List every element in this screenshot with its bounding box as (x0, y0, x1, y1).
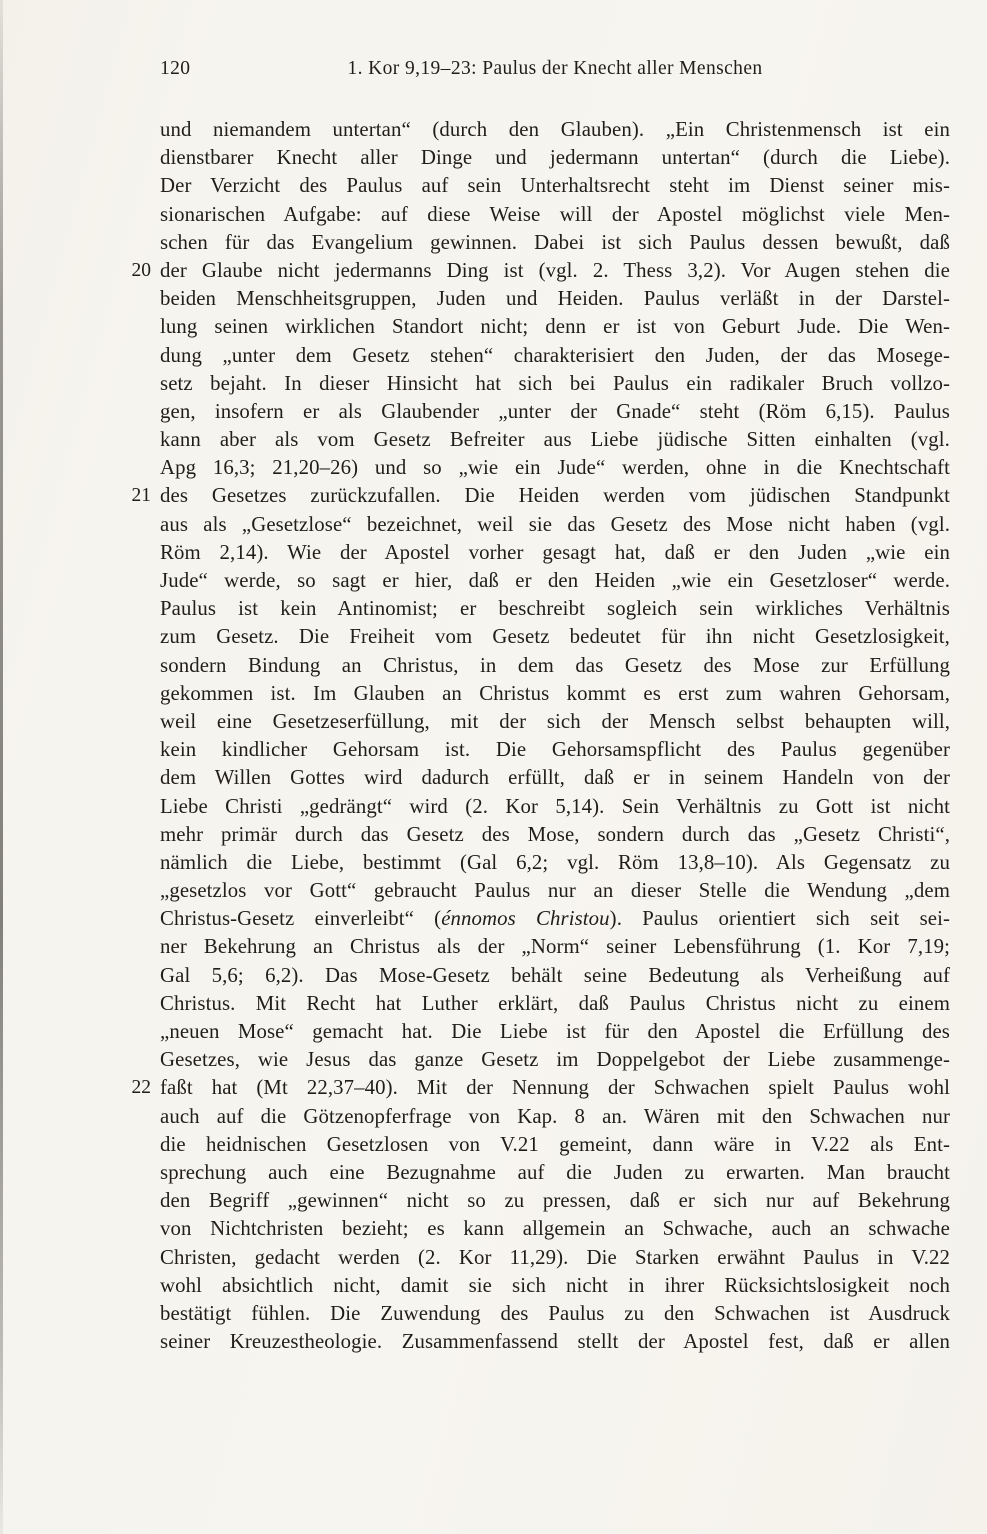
text-line: bestätigt fühlen. Die Zuwendung des Paul… (160, 1300, 950, 1328)
text-line: wohl absichtlich nicht, damit sie sich n… (160, 1272, 950, 1300)
text-line: Christus-Gesetz einverleibt“ (énnomos Ch… (160, 905, 950, 933)
text-line: auch auf die Götzenopferfrage von Kap. 8… (160, 1103, 950, 1131)
text-line: den Begriff „gewinnen“ nicht so zu press… (160, 1187, 950, 1215)
text-line: mehr primär durch das Gesetz des Mose, s… (160, 821, 950, 849)
text-line: gen, insofern er als Glaubender „unter d… (160, 398, 950, 426)
verse-number: 20 (113, 257, 151, 285)
text-segment: Christus-Gesetz einverleibt“ ( (160, 907, 441, 930)
text-line: Jude“ werde, so sagt er hier, daß er den… (160, 567, 950, 595)
verse-number: 22 (113, 1074, 151, 1102)
text-line: beiden Menschheitsgruppen, Juden und Hei… (160, 285, 950, 313)
text-line: Gal 5,6; 6,2). Das Mose-Gesetz behält se… (160, 962, 950, 990)
text-line: sondern Bindung an Christus, in dem das … (160, 652, 950, 680)
text-line: weil eine Gesetzeserfüllung, mit der sic… (160, 708, 950, 736)
text-line: „gesetzlos vor Gott“ gebraucht Paulus nu… (160, 877, 950, 905)
text-line: Liebe Christi „gedrängt“ wird (2. Kor 5,… (160, 793, 950, 821)
text-line: gekommen ist. Im Glauben an Christus kom… (160, 680, 950, 708)
text-line: kann aber als vom Gesetz Befreiter aus L… (160, 426, 950, 454)
text-line: kein kindlicher Gehorsam ist. Die Gehors… (160, 736, 950, 764)
text-segment: ). Paulus orientiert sich seit sei- (610, 907, 950, 930)
text-line: Röm 2,14). Wie der Apostel vorher gesagt… (160, 539, 950, 567)
italic-phrase: énnomos Christou (441, 907, 609, 930)
running-title: 1. Kor 9,19–23: Paulus der Knecht aller … (160, 56, 950, 82)
text-line: 20der Glaube nicht jedermanns Ding ist (… (160, 257, 950, 285)
text-line: Der Verzicht des Paulus auf sein Unterha… (160, 172, 950, 200)
text-line: sionarischen Aufgabe: auf diese Weise wi… (160, 201, 950, 229)
text-line: Christen, gedacht werden (2. Kor 11,29).… (160, 1244, 950, 1272)
running-header: 120 1. Kor 9,19–23: Paulus der Knecht al… (160, 56, 950, 82)
text-line: Paulus ist kein Antinomist; er beschreib… (160, 595, 950, 623)
text-line: Christus. Mit Recht hat Luther erklärt, … (160, 990, 950, 1018)
text-line: dienstbarer Knecht aller Dinge und jeder… (160, 144, 950, 172)
text-line: nämlich die Liebe, bestimmt (Gal 6,2; vg… (160, 849, 950, 877)
body-text-block: und niemandem untertan“ (durch den Glaub… (160, 116, 950, 1356)
text-line: dung „unter dem Gesetz stehen“ charakter… (160, 342, 950, 370)
text-line: dem Willen Gottes wird dadurch erfüllt, … (160, 764, 950, 792)
text-line: seiner Kreuzestheologie. Zusammenfassend… (160, 1328, 950, 1356)
text-line: lung seinen wirklichen Standort nicht; d… (160, 313, 950, 341)
text-line: und niemandem untertan“ (durch den Glaub… (160, 116, 950, 144)
verse-number: 21 (113, 482, 151, 510)
text-line: 22faßt hat (Mt 22,37–40). Mit der Nennun… (160, 1074, 950, 1102)
scan-edge-shadow (0, 0, 3, 1534)
text-line: sprechung auch eine Bezugnahme auf die J… (160, 1159, 950, 1187)
text-line: zum Gesetz. Die Freiheit vom Gesetz bede… (160, 623, 950, 651)
text-line: aus als „Gesetzlose“ bezeichnet, weil si… (160, 511, 950, 539)
text-line: von Nichtchristen bezieht; es kann allge… (160, 1215, 950, 1243)
text-line: „neuen Mose“ gemacht hat. Die Liebe ist … (160, 1018, 950, 1046)
book-page: 120 1. Kor 9,19–23: Paulus der Knecht al… (0, 0, 987, 1534)
text-line: setz bejaht. In dieser Hinsicht hat sich… (160, 370, 950, 398)
text-line: die heidnischen Gesetzlosen von V.21 gem… (160, 1131, 950, 1159)
text-line: Apg 16,3; 21,20–26) und so „wie ein Jude… (160, 454, 950, 482)
text-line: schen für das Evangelium gewinnen. Dabei… (160, 229, 950, 257)
text-line: Gesetzes, wie Jesus das ganze Gesetz im … (160, 1046, 950, 1074)
text-line: 21des Gesetzes zurückzufallen. Die Heide… (160, 482, 950, 510)
text-line: ner Bekehrung an Christus als der „Norm“… (160, 933, 950, 961)
